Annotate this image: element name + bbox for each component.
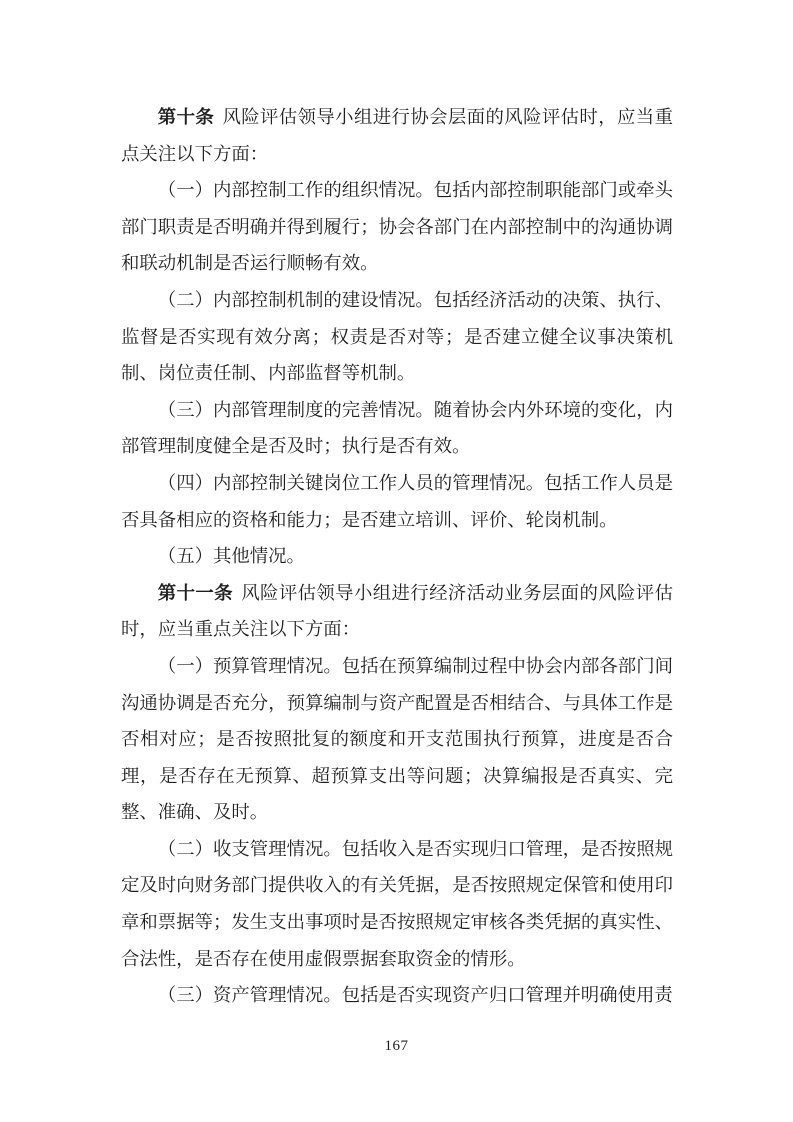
paragraph-item-6-text: （一）预算管理情况。包括在预算编制过程中协会内部各部门间沟通协调是否充分，预算编… <box>121 656 673 822</box>
paragraph-item-7-text: （二）收支管理情况。包括收入是否实现归口管理，是否按照规定及时向财务部门提供收入… <box>121 839 673 969</box>
paragraph-item-2-text: （二）内部控制机制的建设情况。包括经济活动的决策、执行、监督是否实现有效分离；权… <box>121 290 673 383</box>
paragraph-item-2: （二）内部控制机制的建设情况。包括经济活动的决策、执行、监督是否实现有效分离；权… <box>121 282 673 392</box>
paragraph-item-3: （三）内部管理制度的完善情况。随着协会内外环境的变化，内部管理制度健全是否及时；… <box>121 392 673 465</box>
paragraph-item-4: （四）内部控制关键岗位工作人员的管理情况。包括工作人员是否具备相应的资格和能力；… <box>121 465 673 538</box>
paragraph-item-7: （二）收支管理情况。包括收入是否实现归口管理，是否按照规定及时向财务部门提供收入… <box>121 831 673 977</box>
paragraph-item-4-text: （四）内部控制关键岗位工作人员的管理情况。包括工作人员是否具备相应的资格和能力；… <box>121 473 673 530</box>
paragraph-item-5: （五）其他情况。 <box>121 538 673 575</box>
paragraph-article-10: 第十条风险评估领导小组进行协会层面的风险评估时，应当重点关注以下方面： <box>121 99 673 172</box>
page-number: 167 <box>0 1036 793 1056</box>
document-page: 第十条风险评估领导小组进行协会层面的风险评估时，应当重点关注以下方面： （一）内… <box>0 0 793 1122</box>
paragraph-item-8: （三）资产管理情况。包括是否实现资产归口管理并明确使用责 <box>121 977 673 1014</box>
paragraph-item-1: （一）内部控制工作的组织情况。包括内部控制职能部门或牵头部门职责是否明确并得到履… <box>121 172 673 282</box>
paragraph-item-5-text: （五）其他情况。 <box>158 546 305 566</box>
article-10-number: 第十条 <box>158 107 214 127</box>
paragraph-item-8-text: （三）资产管理情况。包括是否实现资产归口管理并明确使用责 <box>158 985 673 1005</box>
document-content: 第十条风险评估领导小组进行协会层面的风险评估时，应当重点关注以下方面： （一）内… <box>121 99 673 1014</box>
article-11-number: 第十一条 <box>158 583 233 603</box>
paragraph-article-11: 第十一条风险评估领导小组进行经济活动业务层面的风险评估时，应当重点关注以下方面： <box>121 575 673 648</box>
paragraph-item-6: （一）预算管理情况。包括在预算编制过程中协会内部各部门间沟通协调是否充分，预算编… <box>121 648 673 831</box>
paragraph-item-3-text: （三）内部管理制度的完善情况。随着协会内外环境的变化，内部管理制度健全是否及时；… <box>121 400 673 457</box>
paragraph-item-1-text: （一）内部控制工作的组织情况。包括内部控制职能部门或牵头部门职责是否明确并得到履… <box>121 180 673 273</box>
